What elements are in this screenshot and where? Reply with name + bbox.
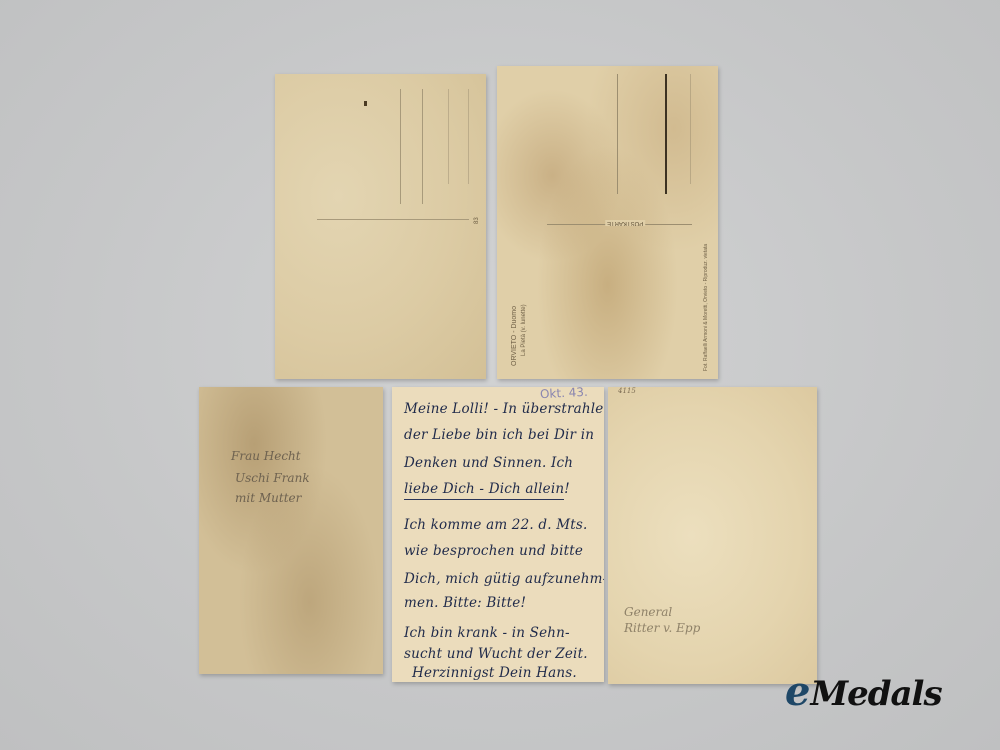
letter-line-7: Dich, mich gütig aufzunehm- [404, 571, 604, 587]
underline [404, 499, 564, 500]
address-divider-line [317, 219, 469, 220]
publisher-line: Fot. Raffaelli Armoni & Moretti, Orvieto… [703, 244, 709, 371]
letter-line-3: Denken und Sinnen. Ich [404, 455, 573, 471]
photo-card-bottom-left: Frau Hecht Uschi Frank mit Mutter [199, 387, 383, 674]
stamp-divider-line [468, 89, 469, 184]
printed-mark: 83 [474, 217, 480, 224]
postcard-top-left: 83 [275, 74, 486, 379]
stamp-divider-line [448, 89, 449, 184]
emedals-logo: e Medals [785, 672, 942, 712]
logo-text: Medals [810, 677, 941, 711]
letter-line-1: Meine Lolli! - In überstrahlen- [404, 401, 604, 417]
letter-line-5: Ich komme am 22. d. Mts. [404, 517, 587, 533]
postcard-top-right: POSTKARTE ORVIETO - Duomo La Pietà (v. l… [497, 66, 718, 379]
letter-line-4: liebe Dich - Dich allein! [404, 481, 570, 497]
stamp-divider-line [617, 74, 618, 194]
stamp-divider-line [422, 89, 423, 204]
stamp-divider-line [690, 74, 691, 184]
pencil-note-line-3: mit Mutter [235, 491, 301, 505]
handwritten-letter-card: Okt. 43. Meine Lolli! - In überstrahlen-… [392, 387, 604, 682]
caption-line-2: La Pietà (v. lunette) [521, 304, 527, 356]
corner-number: 4115 [618, 387, 636, 395]
letter-line-2: der Liebe bin ich bei Dir in [404, 427, 594, 443]
pencil-note-line-2: Ritter v. Epp [624, 621, 700, 635]
photo-card-bottom-right: 4115 General Ritter v. Epp [608, 387, 817, 684]
caption-line-1: ORVIETO - Duomo [511, 306, 518, 366]
date-stamp: Okt. 43. [540, 387, 588, 401]
stamp-divider-line [400, 89, 401, 204]
stamp-divider-line [665, 74, 667, 194]
letter-line-8: men. Bitte: Bitte! [404, 595, 526, 611]
logo-prefix: e [785, 672, 810, 712]
letter-line-10: sucht und Wucht der Zeit. [404, 646, 588, 662]
letter-line-9: Ich bin krank - in Sehn- [404, 625, 570, 641]
pencil-note-line-1: Frau Hecht [231, 449, 301, 463]
postkarte-label: POSTKARTE [605, 220, 645, 226]
pencil-note-line-2: Uschi Frank [235, 471, 310, 485]
letter-line-6: wie besprochen und bitte [404, 543, 583, 559]
letter-line-11: Herzinnigst Dein Hans. [412, 665, 577, 681]
ink-spot [364, 101, 367, 106]
pencil-note-line-1: General [624, 605, 672, 619]
